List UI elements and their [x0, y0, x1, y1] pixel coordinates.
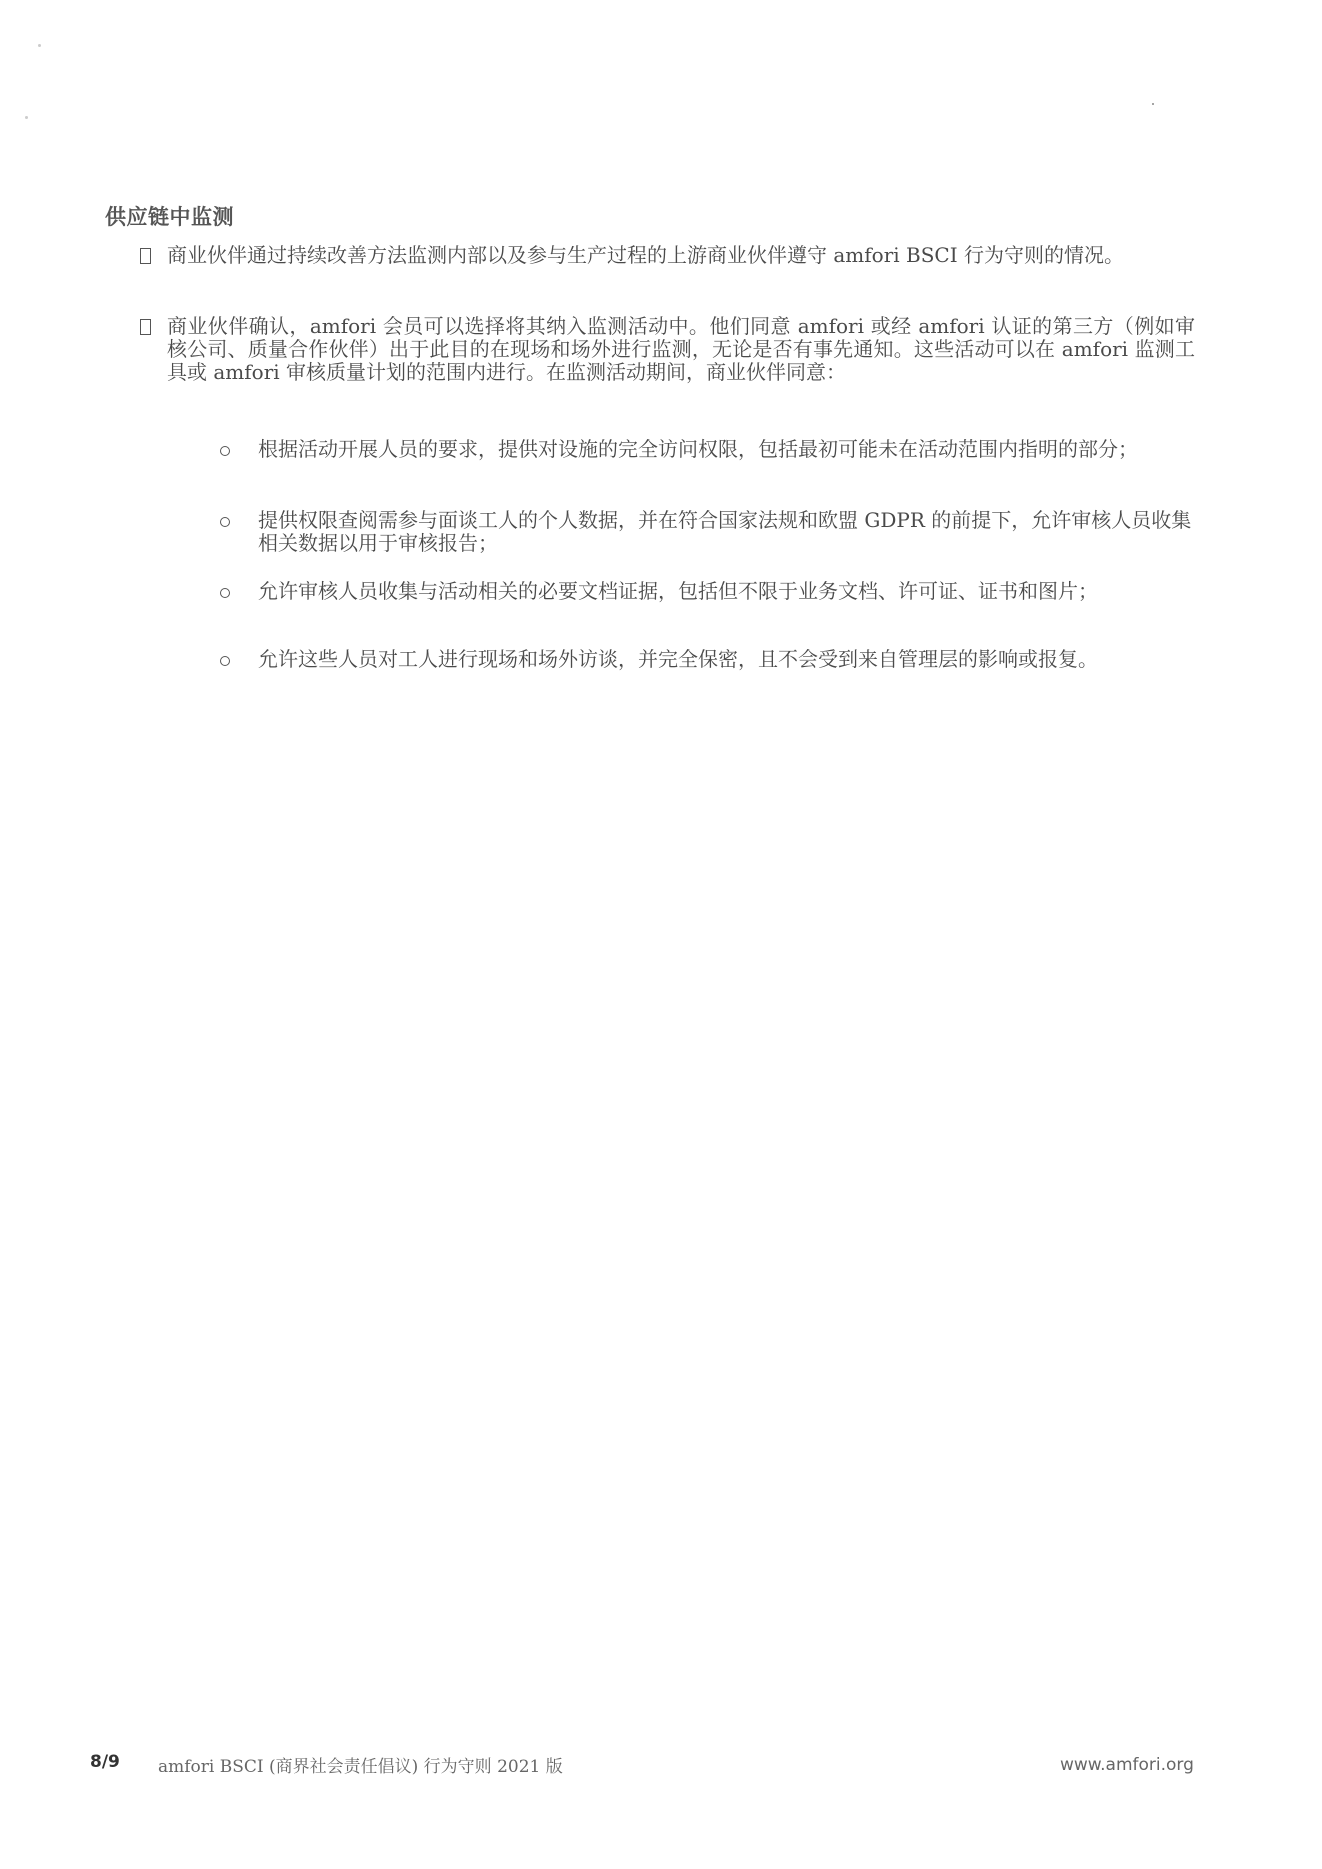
square-bullet-icon [140, 319, 151, 335]
bullet-text: 商业伙伴确认，amfori 会员可以选择将其纳入监测活动中。他们同意 amfor… [167, 315, 1195, 384]
circle-bullet-icon [220, 446, 230, 456]
footer-document-title: amfori BSCI (商界社会责任倡议) 行为守则 2021 版 [158, 1752, 563, 1777]
bullet-item: 商业伙伴通过持续改善方法监测内部以及参与生产过程的上游商业伙伴遵守 amfori… [140, 244, 1195, 267]
bullet-text: 商业伙伴通过持续改善方法监测内部以及参与生产过程的上游商业伙伴遵守 amfori… [167, 244, 1195, 267]
circle-bullet-icon [220, 656, 230, 666]
sub-list-item: 允许这些人员对工人进行现场和场外访谈，并完全保密，且不会受到来自管理层的影响或报… [220, 648, 1198, 671]
bullet-item: 商业伙伴确认，amfori 会员可以选择将其纳入监测活动中。他们同意 amfor… [140, 315, 1195, 384]
scan-artifact [25, 116, 28, 119]
scan-artifact [38, 44, 41, 47]
sub-item-text: 根据活动开展人员的要求，提供对设施的完全访问权限，包括最初可能未在活动范围内指明… [258, 438, 1198, 461]
section-heading: 供应链中监测 [105, 201, 234, 231]
sub-item-text: 提供权限查阅需参与面谈工人的个人数据，并在符合国家法规和欧盟 GDPR 的前提下… [258, 509, 1198, 555]
sub-list-item: 提供权限查阅需参与面谈工人的个人数据，并在符合国家法规和欧盟 GDPR 的前提下… [220, 509, 1198, 555]
document-page: 供应链中监测 商业伙伴通过持续改善方法监测内部以及参与生产过程的上游商业伙伴遵守… [0, 0, 1322, 1869]
circle-bullet-icon [220, 588, 230, 598]
sub-item-text: 允许这些人员对工人进行现场和场外访谈，并完全保密，且不会受到来自管理层的影响或报… [258, 648, 1198, 671]
page-number: 8/9 [90, 1752, 120, 1772]
sub-item-text: 允许审核人员收集与活动相关的必要文档证据，包括但不限于业务文档、许可证、证书和图… [258, 580, 1198, 603]
footer-url: www.amfori.org [1060, 1755, 1194, 1775]
scan-artifact [1152, 103, 1154, 105]
square-bullet-icon [140, 248, 151, 264]
circle-bullet-icon [220, 517, 230, 527]
sub-list-item: 允许审核人员收集与活动相关的必要文档证据，包括但不限于业务文档、许可证、证书和图… [220, 580, 1198, 603]
sub-list-item: 根据活动开展人员的要求，提供对设施的完全访问权限，包括最初可能未在活动范围内指明… [220, 438, 1198, 461]
